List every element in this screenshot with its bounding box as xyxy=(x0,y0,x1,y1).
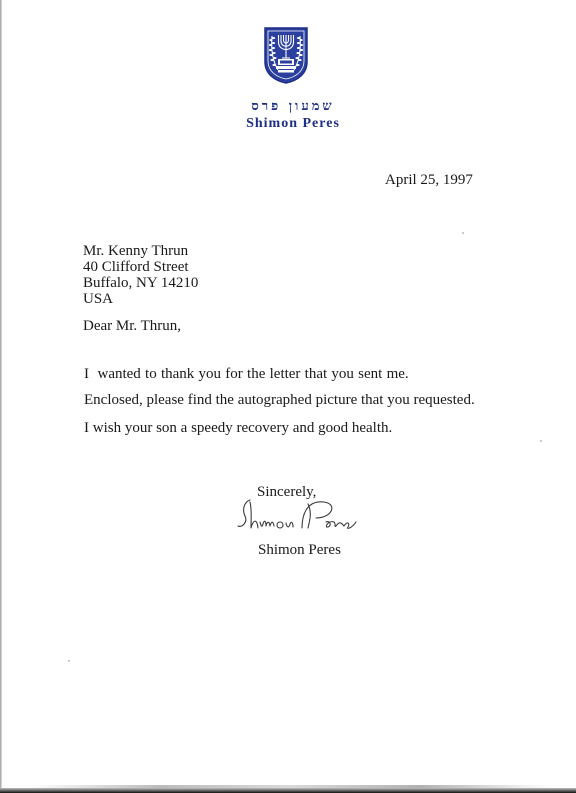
scan-speck xyxy=(68,660,70,662)
signer-name: Shimon Peres xyxy=(258,542,341,559)
recipient-city-state-zip: Buffalo, NY 14210 xyxy=(83,275,198,291)
body-paragraph: I wanted to thank you for the letter tha… xyxy=(84,366,409,383)
recipient-street: 40 Clifford Street xyxy=(83,259,198,275)
state-emblem-icon xyxy=(263,26,309,84)
scan-speck xyxy=(462,232,464,234)
recipient-country: USA xyxy=(83,291,198,307)
letter-page: שמעון פרס Shimon Peres April 25, 1997 Mr… xyxy=(0,0,576,793)
recipient-name: Mr. Kenny Thrun xyxy=(83,243,198,259)
scan-speck xyxy=(540,440,542,442)
letterhead-english-name: Shimon Peres xyxy=(0,116,576,132)
scan-bottom-edge xyxy=(0,788,576,793)
body-paragraph: I wish your son a speedy recovery and go… xyxy=(84,420,392,437)
recipient-address: Mr. Kenny Thrun 40 Clifford Street Buffa… xyxy=(83,243,198,307)
salutation: Dear Mr. Thrun, xyxy=(83,318,181,335)
body-paragraph: Enclosed, please find the autographed pi… xyxy=(84,392,475,409)
handwritten-signature-icon xyxy=(236,490,406,540)
letter-date: April 25, 1997 xyxy=(385,172,473,189)
letterhead-hebrew-name: שמעון פרס xyxy=(0,98,576,114)
